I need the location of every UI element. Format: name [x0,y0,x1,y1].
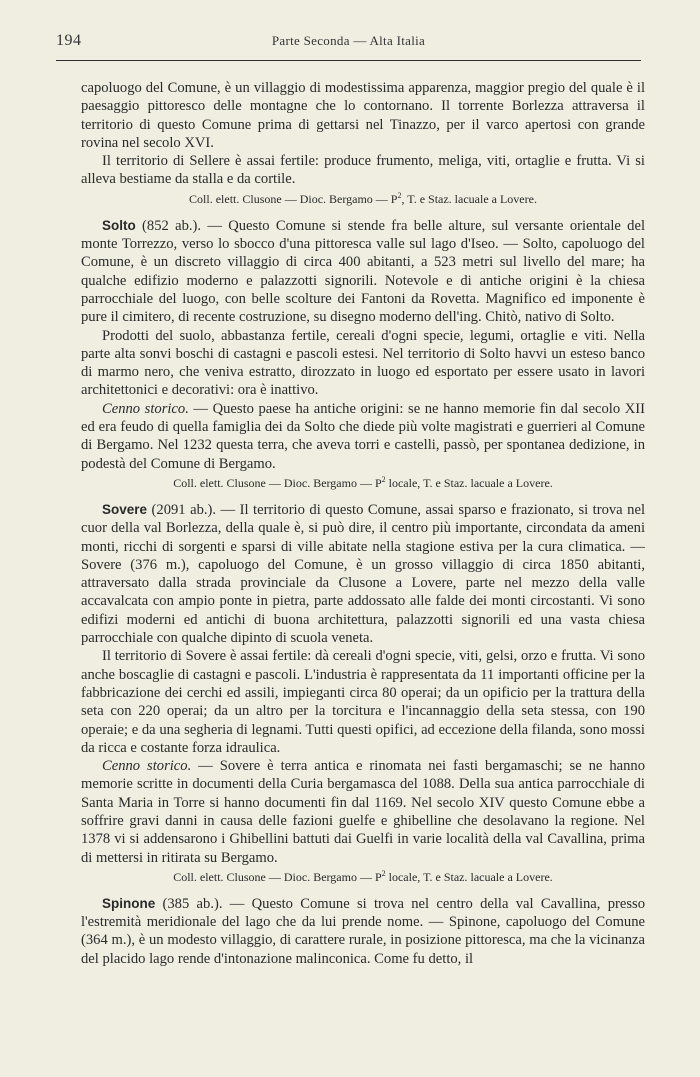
paragraph-solto-intro: Solto (852 ab.). — Questo Comune si sten… [81,217,645,327]
paragraph-sovere-history: Cenno storico. — Sovere è terra antica e… [81,757,645,867]
paragraph-sovere-intro: Sovere (2091 ab.). — Il territorio di qu… [81,501,645,647]
paragraph-sellere-products: Il territorio di Sellere è assai fertile… [81,152,645,189]
entry-name-spinone: Spinone [102,896,155,911]
admin-note-sellere: Coll. elett. Clusone — Dioc. Bergamo — P… [81,190,645,208]
paragraph-solto-history: Cenno storico. — Questo paese ha antiche… [81,400,645,473]
header-rule [56,60,641,61]
entry-name-solto: Solto [102,218,136,233]
paragraph-spinone-intro: Spinone (385 ab.). — Questo Comune si tr… [81,895,645,968]
admin-note-solto: Coll. elett. Clusone — Dioc. Bergamo — P… [81,474,645,492]
paragraph-sellere-continuation: capoluogo del Comune, è un villaggio di … [81,79,645,152]
paragraph-sovere-products: Il territorio di Sovere è assai fertile:… [81,647,645,757]
paragraph-solto-products: Prodotti del suolo, abbastanza fertile, … [81,327,645,400]
book-page: 194 Parte Seconda — Alta Italia capoluog… [0,0,700,1077]
entry-name-sovere: Sovere [102,502,147,517]
admin-note-sovere: Coll. elett. Clusone — Dioc. Bergamo — P… [81,868,645,886]
running-title: Parte Seconda — Alta Italia [56,33,641,49]
page-header: 194 Parte Seconda — Alta Italia [56,30,641,54]
page-body: capoluogo del Comune, è un villaggio di … [81,79,645,968]
